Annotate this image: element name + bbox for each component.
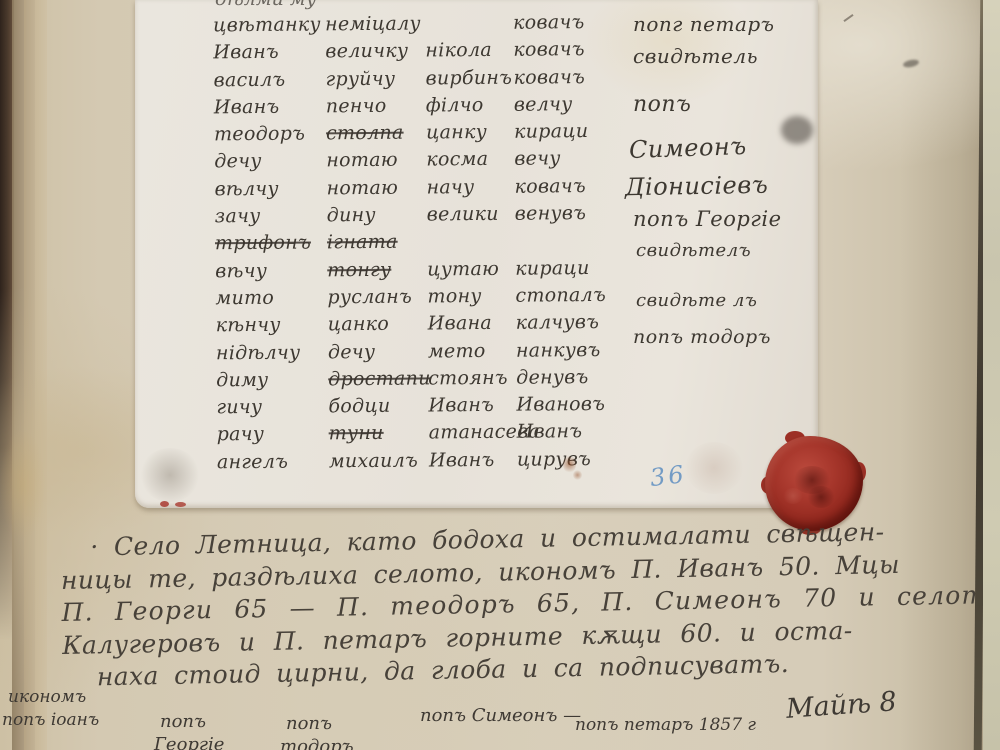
name-cell: зачу [215,204,327,227]
paper-stain [0,430,45,540]
name-cell: Иванъ [214,95,326,118]
signature-line: попъ петаръ 1857 г [575,715,756,735]
signature-line: тодоръ [280,735,354,750]
name-cell: михаилъ [329,449,429,472]
page-edge-strip [35,0,47,750]
name-cell: косма [426,148,514,171]
name-cell: Иванъ [517,420,667,443]
page-edge-strip [24,0,35,750]
name-cell: Иванъ [429,448,517,471]
name-cell: ангелъ [217,450,329,473]
name-cell: нотаю [326,176,426,199]
name-cell: цанку [426,121,514,144]
name-cell: Иванъ [213,41,325,64]
name-cell: вѣчу [215,259,327,282]
signature-line: Георгiе [154,733,224,750]
manuscript-photo: дѣлми му цвѣтанкунемiцалуковачъИванъвели… [0,0,1000,750]
signature-line: попъ Симеонъ — [420,705,581,726]
witness-note: свидѣтель [633,44,758,68]
name-cell: атанасева [429,421,517,444]
name-cell: цвѣтанку [213,13,325,36]
name-cell: туни [329,422,429,445]
name-cell: дечу [214,150,326,173]
witness-note: Дiонисiевъ [625,171,769,201]
ink-smudge [902,58,919,68]
name-cell [427,247,515,248]
name-cell: немiцалу [325,12,425,35]
signature-line: попъ iоанъ [2,709,99,732]
witness-note: свидѣте лъ [636,290,757,311]
signature: Майѣ 8 [785,690,897,721]
name-cell: стоянъ [428,367,516,390]
name-cell: ковачъ [513,65,663,88]
name-cell: василъ [213,68,325,91]
name-cell: дину [327,204,427,227]
name-cell: Ивановъ [516,393,666,416]
name-cell: трифонъ [215,232,327,255]
name-cell: величку [325,40,425,63]
name-cell: цанко [328,313,428,336]
signature-line: икономъ [8,687,86,707]
pasted-list-sheet: дѣлми му цвѣтанкунемiцалуковачъИванъвели… [135,0,818,508]
witness-note: свидѣтелъ [636,240,751,261]
name-cell: тону [427,285,515,308]
name-cell: диму [216,368,328,391]
witness-note: попъ Георгiе [633,207,782,231]
signature: попъ петаръ 1857 г [575,714,756,737]
name-cell: мито [215,286,327,309]
name-cell: тонгу [327,258,427,281]
name-cell: бодци [328,395,428,418]
witness-note: попъ тодоръ [633,326,771,348]
name-cell: мето [428,339,516,362]
name-cell: теодоръ [214,123,326,146]
name-cell: дростапи [328,367,428,390]
name-cell: цирувъ [517,447,667,470]
signature: попътодоръ [286,712,354,750]
name-cell: пенчо [326,94,426,117]
signature: икономъпопъ iоанъ [8,686,99,732]
signature-line: попъ [160,711,206,732]
name-cell: русланъ [327,285,427,308]
name-cell: начу [426,175,514,198]
signature-line: попъ [286,713,332,734]
signature-line: Майѣ 8 [785,686,898,725]
ink-tick [843,14,853,22]
witness-note: Симеонъ [629,132,748,164]
name-cell: гичу [216,395,328,418]
signature: попъГеоргiе [160,710,224,750]
name-cell: кѣнчу [216,314,328,337]
bottom-paragraph: · Село Летница, като бодоха и остималати… [60,514,978,694]
page-edge-strip [12,0,24,750]
name-cell: нiкола [425,39,513,62]
cut-off-top-line: дѣлми му [215,0,317,10]
name-cell: вѣлчу [214,177,326,200]
name-cell: iгната [327,231,427,254]
name-cell [425,29,513,30]
name-cell: рачу [217,423,329,446]
name-cell: нотаю [326,149,426,172]
name-cell: столпа [326,122,426,145]
name-cell: вирбинъ [425,66,513,89]
name-cell: Ивана [428,312,516,335]
name-cell: цутаю [427,257,515,280]
name-cell: нiдѣлчу [216,341,328,364]
name-cell: велики [427,203,515,226]
page-number-blue: 36 [648,460,688,492]
adjacent-page-edge [983,0,1000,750]
name-cell: фiлчо [426,94,514,117]
name-cell: денувъ [516,365,666,388]
witness-note: попг петаръ [633,12,775,36]
witness-note: попъ [633,92,691,117]
name-cell: Иванъ [428,394,516,417]
name-list-row: ангелъмихаилъИванъцирувъ [139,446,822,479]
name-cell: груйчу [325,67,425,90]
name-cell: дечу [328,340,428,363]
signature: попъ Симеонъ — [420,704,581,727]
